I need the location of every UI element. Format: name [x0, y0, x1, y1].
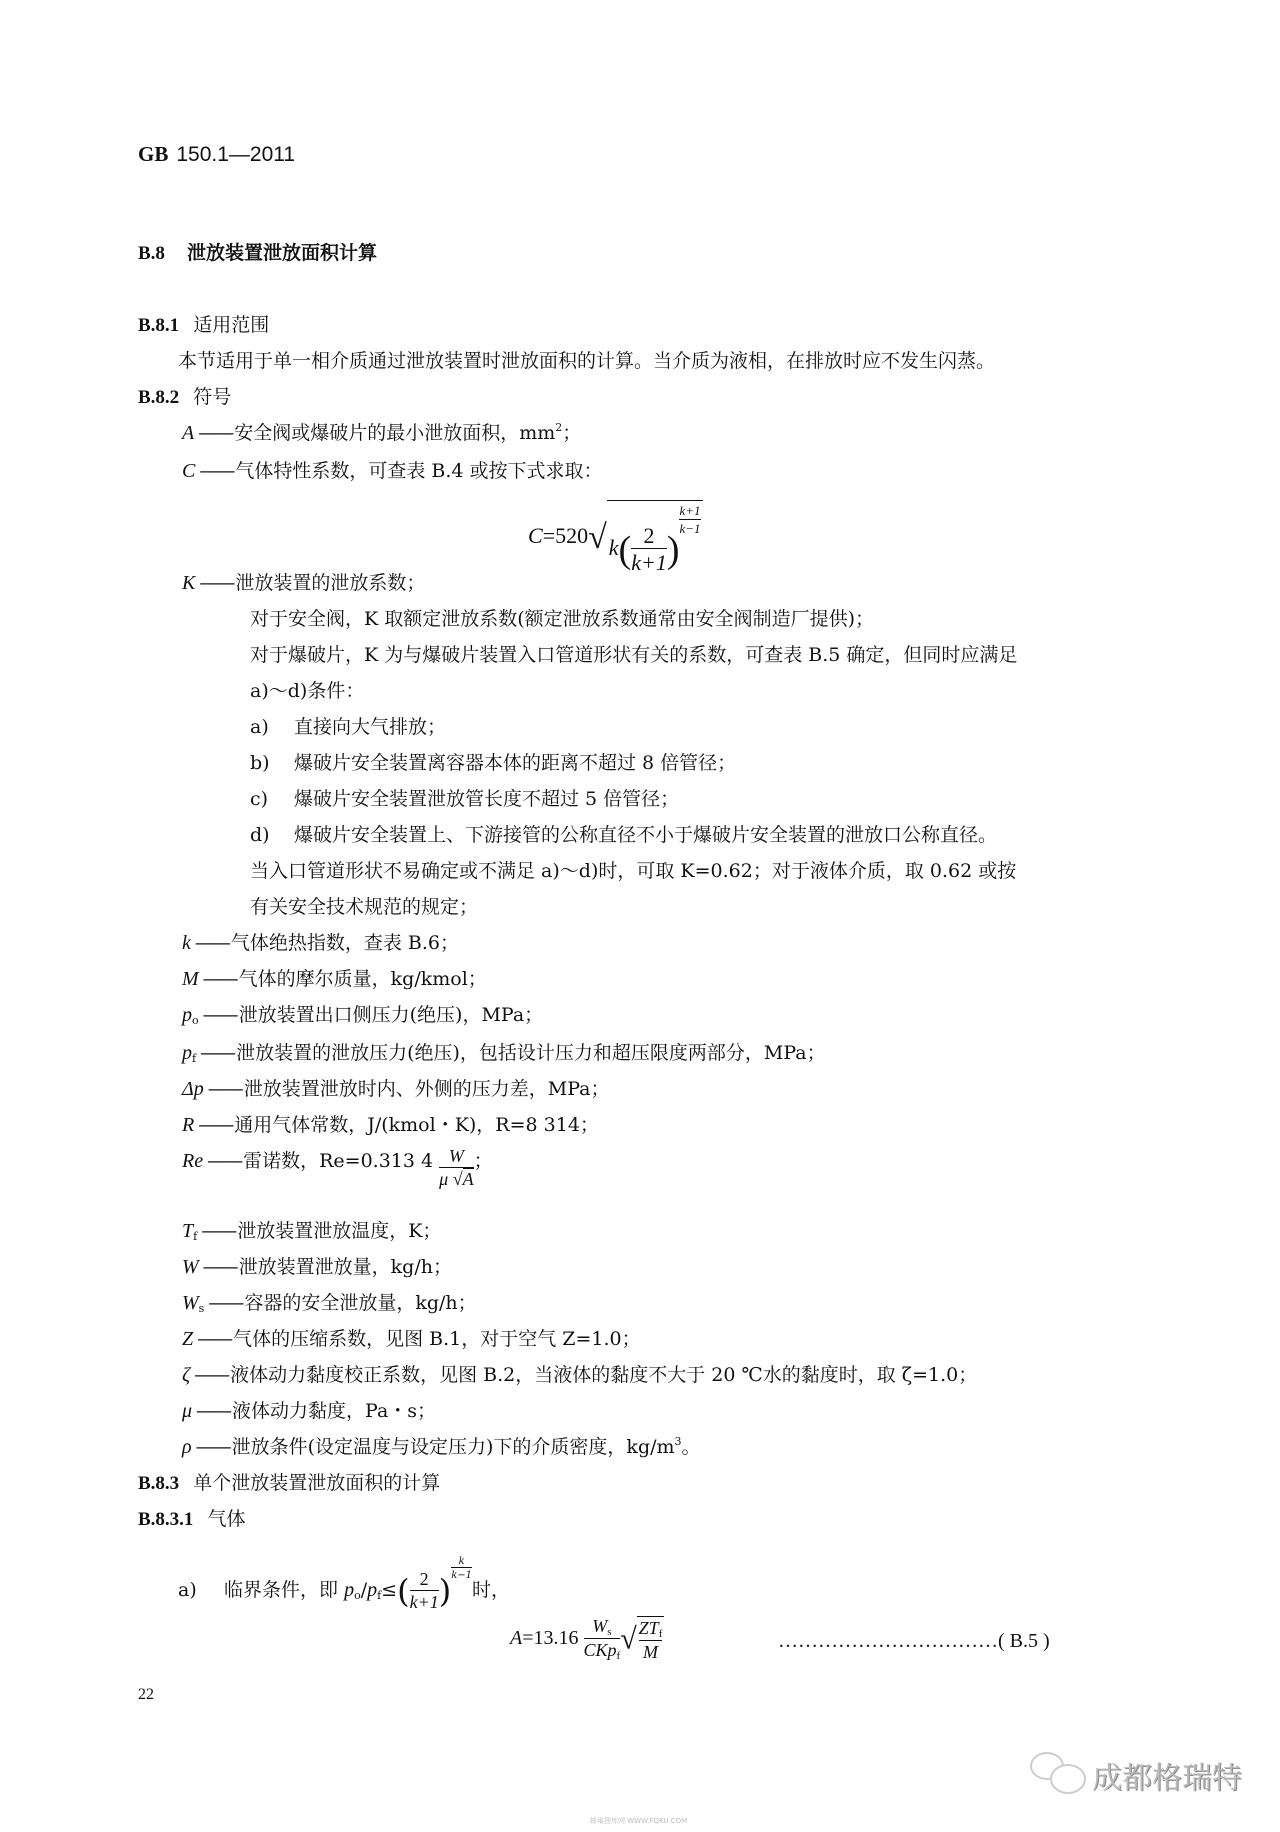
subsection-heading-b831: B.8.3.1气体 — [138, 1504, 245, 1531]
symbol-Ws: Ws——容器的安全泄放量，kg/h； — [182, 1288, 477, 1315]
standard-number: 150.1—2011 — [176, 143, 295, 166]
symbol-Tf: Tf——泄放装置泄放温度，K； — [182, 1216, 441, 1243]
symbol-mu: μ——液体动力黏度，Pa・s； — [182, 1396, 436, 1423]
watermark-text: 成都格瑞特 — [1092, 1753, 1242, 1797]
symbol-M: M——气体的摩尔质量，kg/kmol； — [182, 964, 487, 991]
site-url: 蜂巢搜库网 WWW.FQKU.COM — [590, 1816, 687, 1826]
standard-prefix: GB — [138, 142, 168, 166]
symbol-zeta: ζ——液体动力黏度校正系数，见图 B.2，当液体的黏度不大于 20 ℃水的黏度时… — [182, 1360, 977, 1387]
formula-B5: A=13.16 WsCKpf√ZTfM — [510, 1616, 664, 1663]
symbol-Z: Z——气体的压缩系数，见图 B.1，对于空气 Z=1.0； — [182, 1324, 641, 1351]
symbol-po: po——泄放装置出口侧压力(绝压)，MPa； — [182, 1000, 543, 1027]
K-line-1: 对于安全阀，K 取额定泄放系数(额定泄放系数通常由安全阀制造厂提供)； — [250, 604, 874, 631]
section-heading: B.8泄放装置泄放面积计算 — [138, 238, 377, 265]
K-line-2: 对于爆破片，K 为与爆破片装置入口管道形状有关的系数，可查表 B.5 确定，但同… — [250, 640, 1017, 667]
watermark: 成都格瑞特 — [1030, 1752, 1242, 1798]
subsection-heading-b83: B.8.3单个泄放装置泄放面积的计算 — [138, 1468, 440, 1495]
symbol-A: A——安全阀或爆破片的最小泄放面积，mm2； — [182, 418, 581, 445]
symbol-C: C——气体特性系数，可查表 B.4 或按下式求取： — [182, 456, 603, 483]
K-note-2: 有关安全技术规范的规定； — [250, 892, 478, 919]
page-number: 22 — [138, 1686, 154, 1704]
symbol-pf: pf——泄放装置的泄放压力(绝压)，包括设计压力和超压限度两部分，MPa； — [182, 1038, 826, 1065]
symbol-K: K——泄放装置的泄放系数； — [182, 568, 425, 595]
condition-b: b)爆破片安全装置离容器本体的距离不超过 8 倍管径； — [250, 748, 736, 775]
symbol-k: k——气体绝热指数，查表 B.6； — [182, 928, 459, 955]
subsection-heading-b82: B.8.2符号 — [138, 382, 231, 409]
standard-id: GB150.1—2011 — [138, 142, 295, 167]
equation-number: ……………………………( B.5 ) — [778, 1630, 1050, 1653]
symbol-R: R——通用气体常数，J/(kmol・K)，R=8 314； — [182, 1110, 599, 1137]
symbol-delta-p: Δp——泄放装置泄放时内、外侧的压力差，MPa； — [182, 1074, 609, 1101]
condition-c: c)爆破片安全装置泄放管长度不超过 5 倍管径； — [250, 784, 679, 811]
symbol-W: W——泄放装置泄放量，kg/h； — [182, 1252, 452, 1279]
condition-d: d)爆破片安全装置上、下游接管的公称直径不小于爆破片安全装置的泄放口公称直径。 — [250, 820, 997, 847]
subsection-heading-b81: B.8.1适用范围 — [138, 310, 269, 337]
b81-body: 本节适用于单一相介质通过泄放装置时泄放面积的计算。当介质为液相，在排放时应不发生… — [178, 346, 995, 373]
K-note-1: 当入口管道形状不易确定或不满足 a)～d)时，可取 K=0.62；对于液体介质，… — [250, 856, 1016, 883]
formula-C: C=520√k(2k+1)k+1k−1 — [528, 500, 703, 576]
K-line-3: a)～d)条件： — [250, 676, 364, 703]
condition-a: a)直接向大气排放； — [250, 712, 446, 739]
symbol-Re: Re——雷诺数，Re=0.313 4 Wμ √A； — [182, 1146, 493, 1190]
symbol-rho: ρ——泄放条件(设定温度与设定压力)下的介质密度，kg/m3。 — [182, 1432, 701, 1459]
section-title: 泄放装置泄放面积计算 — [187, 242, 377, 264]
wechat-icon — [1030, 1752, 1086, 1798]
gas-item-a: a)临界条件，即 po/pf≤(2k+1)kk−1时， — [178, 1556, 510, 1612]
